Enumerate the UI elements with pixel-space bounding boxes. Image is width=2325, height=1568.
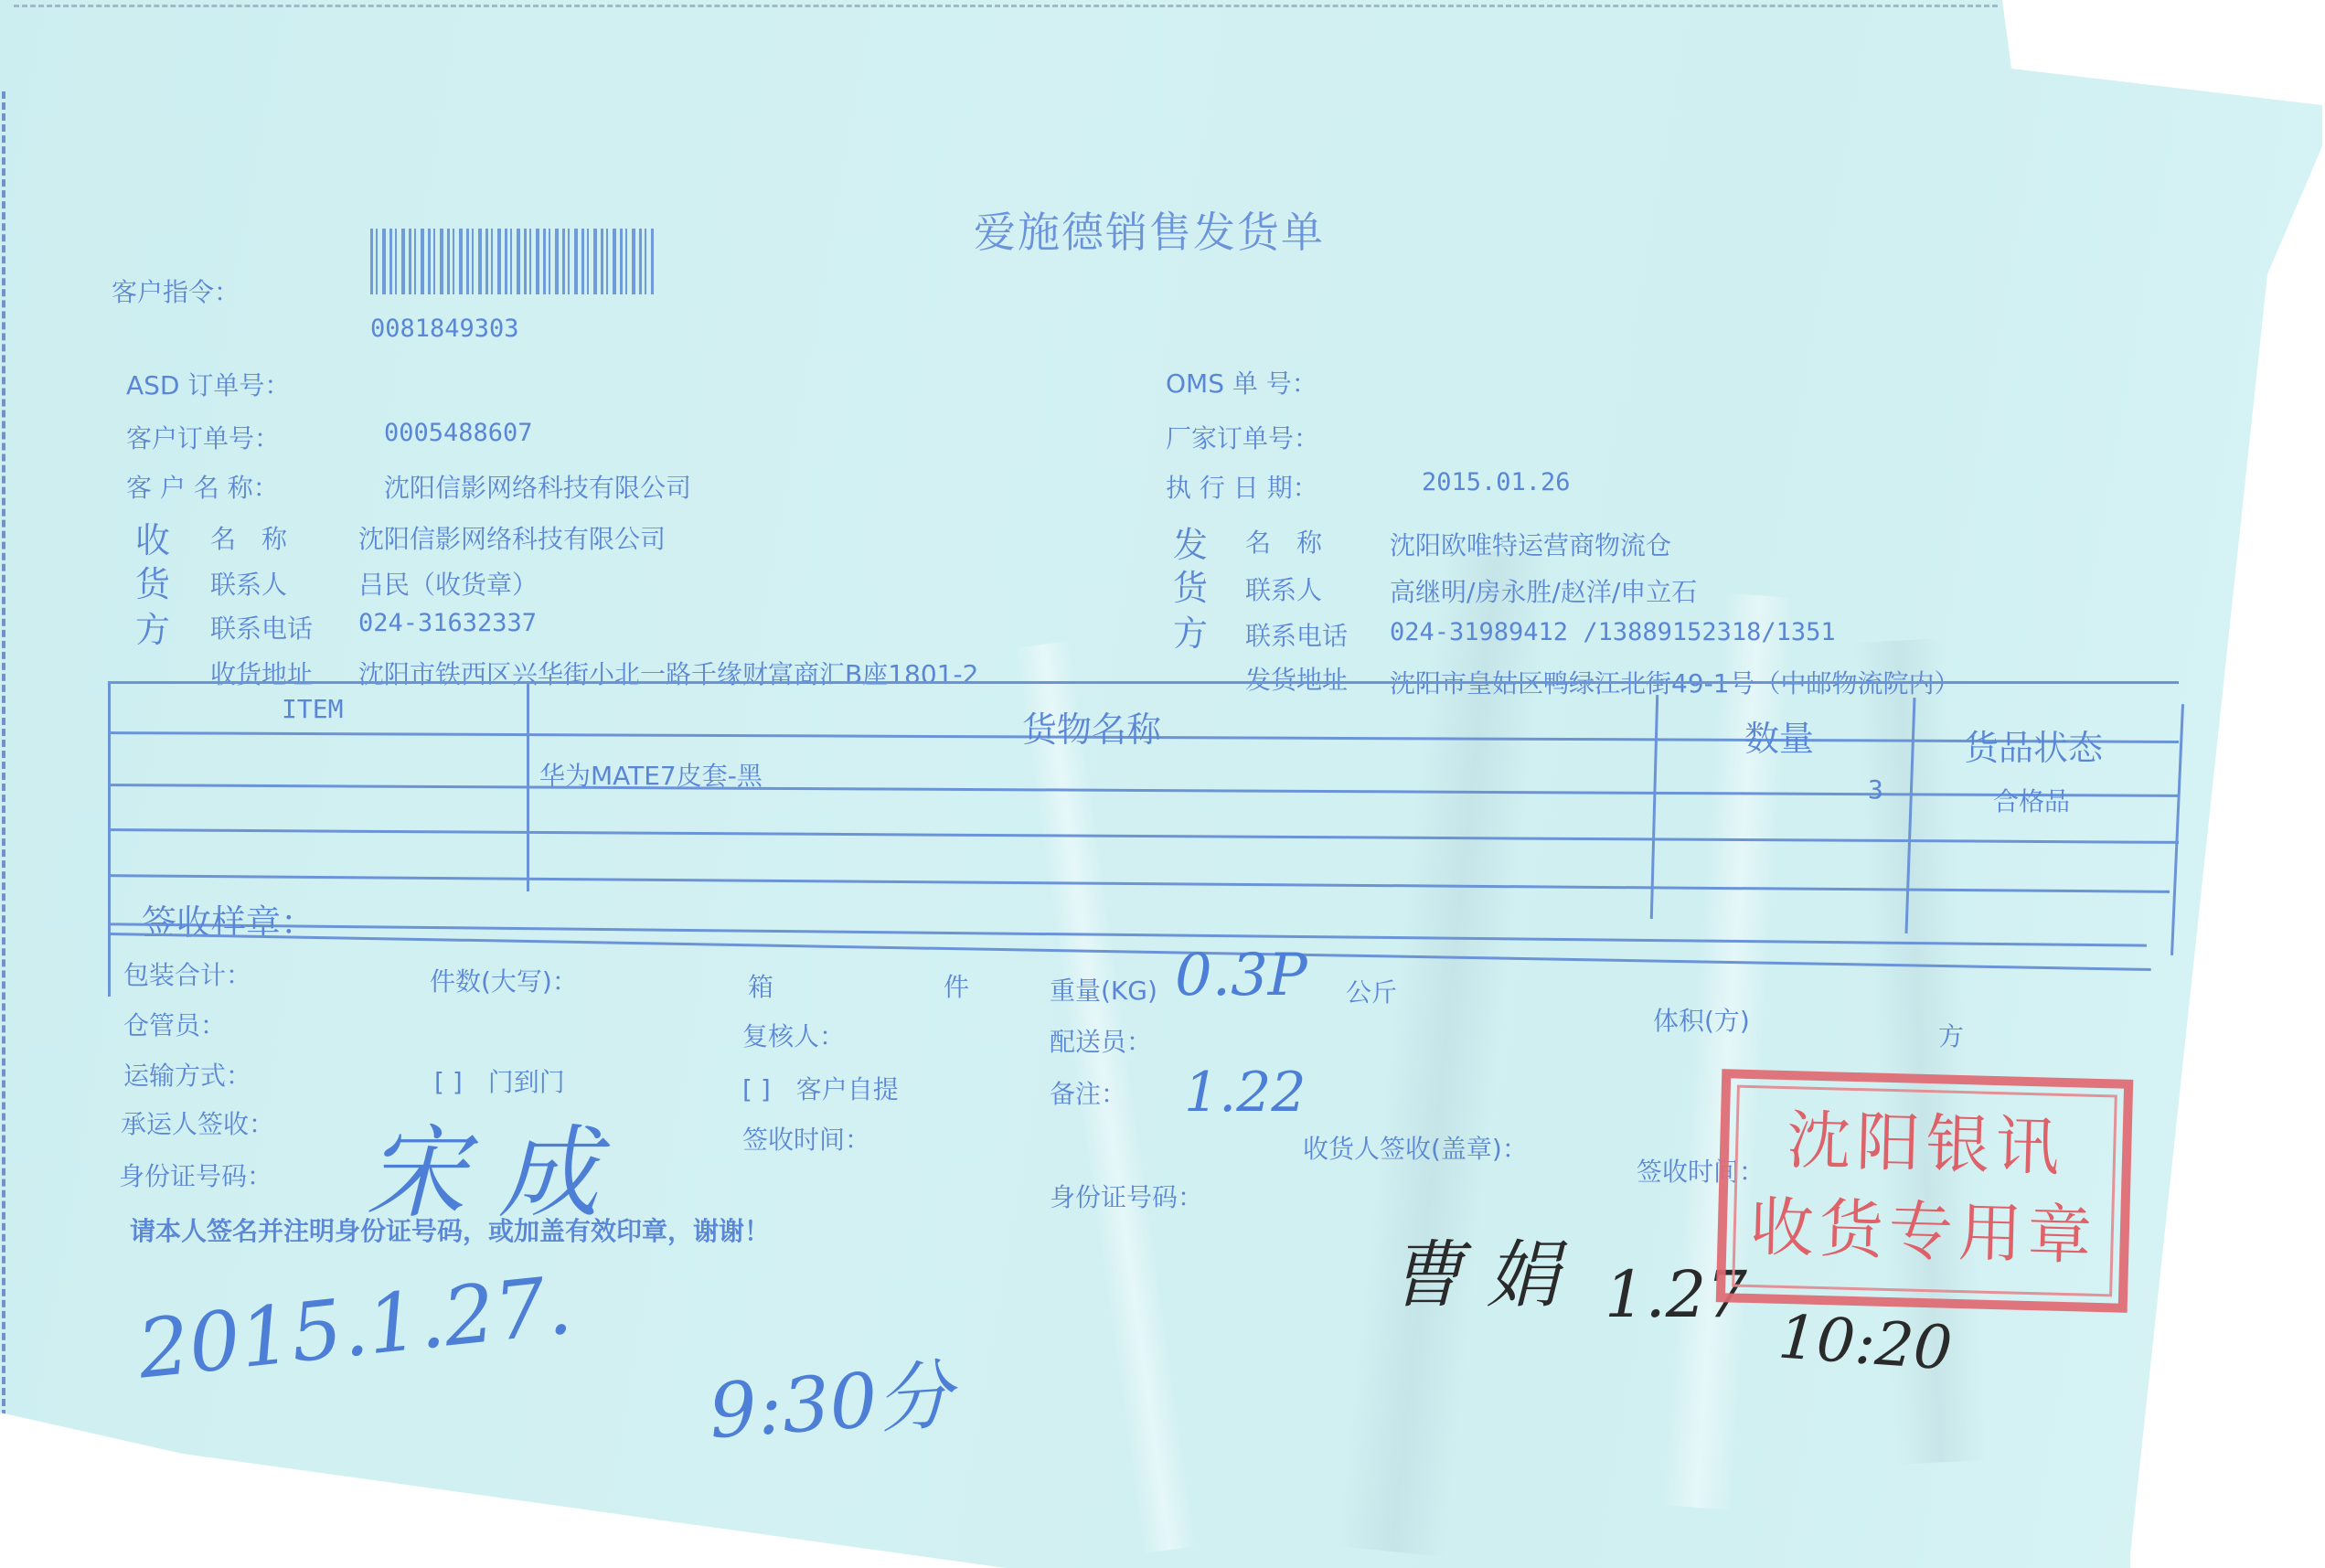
delivery-note-paper: 爱施德销售发货单 客户指令： 0081849303 ASD 订单号： OMS 单…: [0, 0, 2325, 1568]
customer-order-value: 0005488607: [384, 419, 533, 447]
volume-label: 体积(方): [1653, 1001, 1750, 1038]
customer-name-value: 沈阳信影网络科技有限公司: [384, 468, 691, 505]
receiver-sign-label: 收货人签收(盖章)：: [1303, 1129, 1528, 1166]
sender-contact-label: 联系人: [1245, 571, 1322, 607]
piece-unit: 件: [944, 967, 969, 1004]
id-number-label-right: 身份证号码：: [1050, 1178, 1203, 1214]
handwritten-time: 9:30分: [705, 1336, 955, 1459]
column-header-status: 货品状态: [1964, 720, 2103, 770]
execution-date-value: 2015.01.26: [1422, 468, 1571, 496]
column-header-quantity: 数量: [1744, 710, 1814, 761]
receiver-sign-clock: 10:20: [1776, 1301, 1955, 1383]
barcode-icon: [370, 229, 654, 294]
document-title: 爱施德销售发货单: [974, 199, 1325, 260]
carrier-sign-label: 承运人签收：: [121, 1104, 274, 1141]
receiver-phone-label: 联系电话: [210, 609, 313, 645]
id-number-label-left: 身份证号码：: [119, 1157, 272, 1193]
box-unit: 箱: [748, 967, 773, 1004]
receiver-contact-label: 联系人: [210, 565, 287, 602]
stamp-line-2: 收货专用章: [1726, 1182, 2121, 1280]
oms-no-label: OMS 单 号：: [1166, 364, 1317, 400]
customer-instruction-value: 0081849303: [370, 315, 519, 343]
sender-contact-value: 高继明/房永胜/赵洋/申立石: [1390, 572, 1697, 609]
receiver-name-label: 名 称: [210, 519, 287, 556]
weight-handwritten: 0.3P: [1175, 942, 1307, 1009]
asd-order-label: ASD 订单号：: [126, 366, 290, 402]
row-quantity: 3: [1868, 774, 1883, 805]
receiver-signature: 曹 娟: [1390, 1216, 1559, 1321]
self-pickup-checkbox[interactable]: [ ] 客户自提: [742, 1070, 899, 1106]
receiver-side-label-3: 方: [135, 602, 170, 652]
sender-name-value: 沈阳欧唯特运营商物流仓: [1390, 526, 1671, 562]
warehouse-keeper-label: 仓管员：: [123, 1006, 226, 1042]
column-header-item: ITEM: [282, 694, 343, 724]
volume-unit: 方: [1938, 1017, 1964, 1053]
perforation-left: [2, 91, 5, 1417]
execution-date-label: 执 行 日 期：: [1166, 468, 1318, 505]
stamp-line-1: 沈阳银讯: [1728, 1094, 2123, 1192]
sign-time-label: 签收时间：: [742, 1120, 870, 1157]
perforation-top: [14, 5, 1998, 7]
column-header-goods-name: 货物名称: [1022, 701, 1161, 752]
receiver-phone-value: 024-31632337: [358, 609, 537, 637]
receiver-side-label-2: 货: [135, 556, 170, 606]
row-goods-name: 华为MATE7皮套-黑: [539, 756, 763, 793]
sender-name-label: 名 称: [1245, 523, 1322, 560]
transport-label: 运输方式：: [123, 1056, 251, 1093]
pieces-label: 件数(大写)：: [430, 962, 578, 998]
items-table: ITEM 货物名称 数量 货品状态 华为MATE7皮套-黑 3 合格品: [108, 681, 2179, 933]
deliverer-label: 配送员：: [1050, 1022, 1152, 1059]
customer-name-label: 客 户 名 称：: [126, 468, 279, 505]
row-status: 合格品: [1993, 782, 2070, 818]
package-total-label: 包装合计：: [123, 955, 251, 992]
reviewer-label: 复核人：: [742, 1017, 845, 1053]
sender-side-label-2: 货: [1173, 560, 1208, 610]
receiver-side-label-1: 收: [135, 512, 170, 562]
footer-divider: [108, 933, 2151, 971]
receipt-stamp: 沈阳银讯 收货专用章: [1716, 1069, 2134, 1313]
vendor-order-label: 厂家订单号：: [1166, 419, 1319, 455]
remarks-label: 备注：: [1050, 1074, 1126, 1111]
customer-instruction-label: 客户指令：: [112, 272, 240, 309]
weight-unit: 公斤: [1346, 973, 1397, 1009]
sender-phone-value: 024-31989412 /13889152318/1351: [1390, 618, 1836, 646]
sender-phone-label: 联系电话: [1245, 616, 1348, 653]
handwritten-date: 2015.1.27.: [133, 1257, 576, 1396]
sender-side-label-3: 方: [1173, 605, 1208, 656]
receiver-name-value: 沈阳信影网络科技有限公司: [358, 519, 666, 556]
signature-notice: 请本人签名并注明身份证号码，或加盖有效印章，谢谢！: [130, 1211, 770, 1248]
remarks-handwritten: 1.22: [1184, 1061, 1306, 1125]
weight-label: 重量(KG): [1050, 971, 1157, 1008]
customer-order-label: 客户订单号：: [126, 419, 280, 455]
receiver-contact-value: 吕民（收货章）: [358, 565, 538, 602]
